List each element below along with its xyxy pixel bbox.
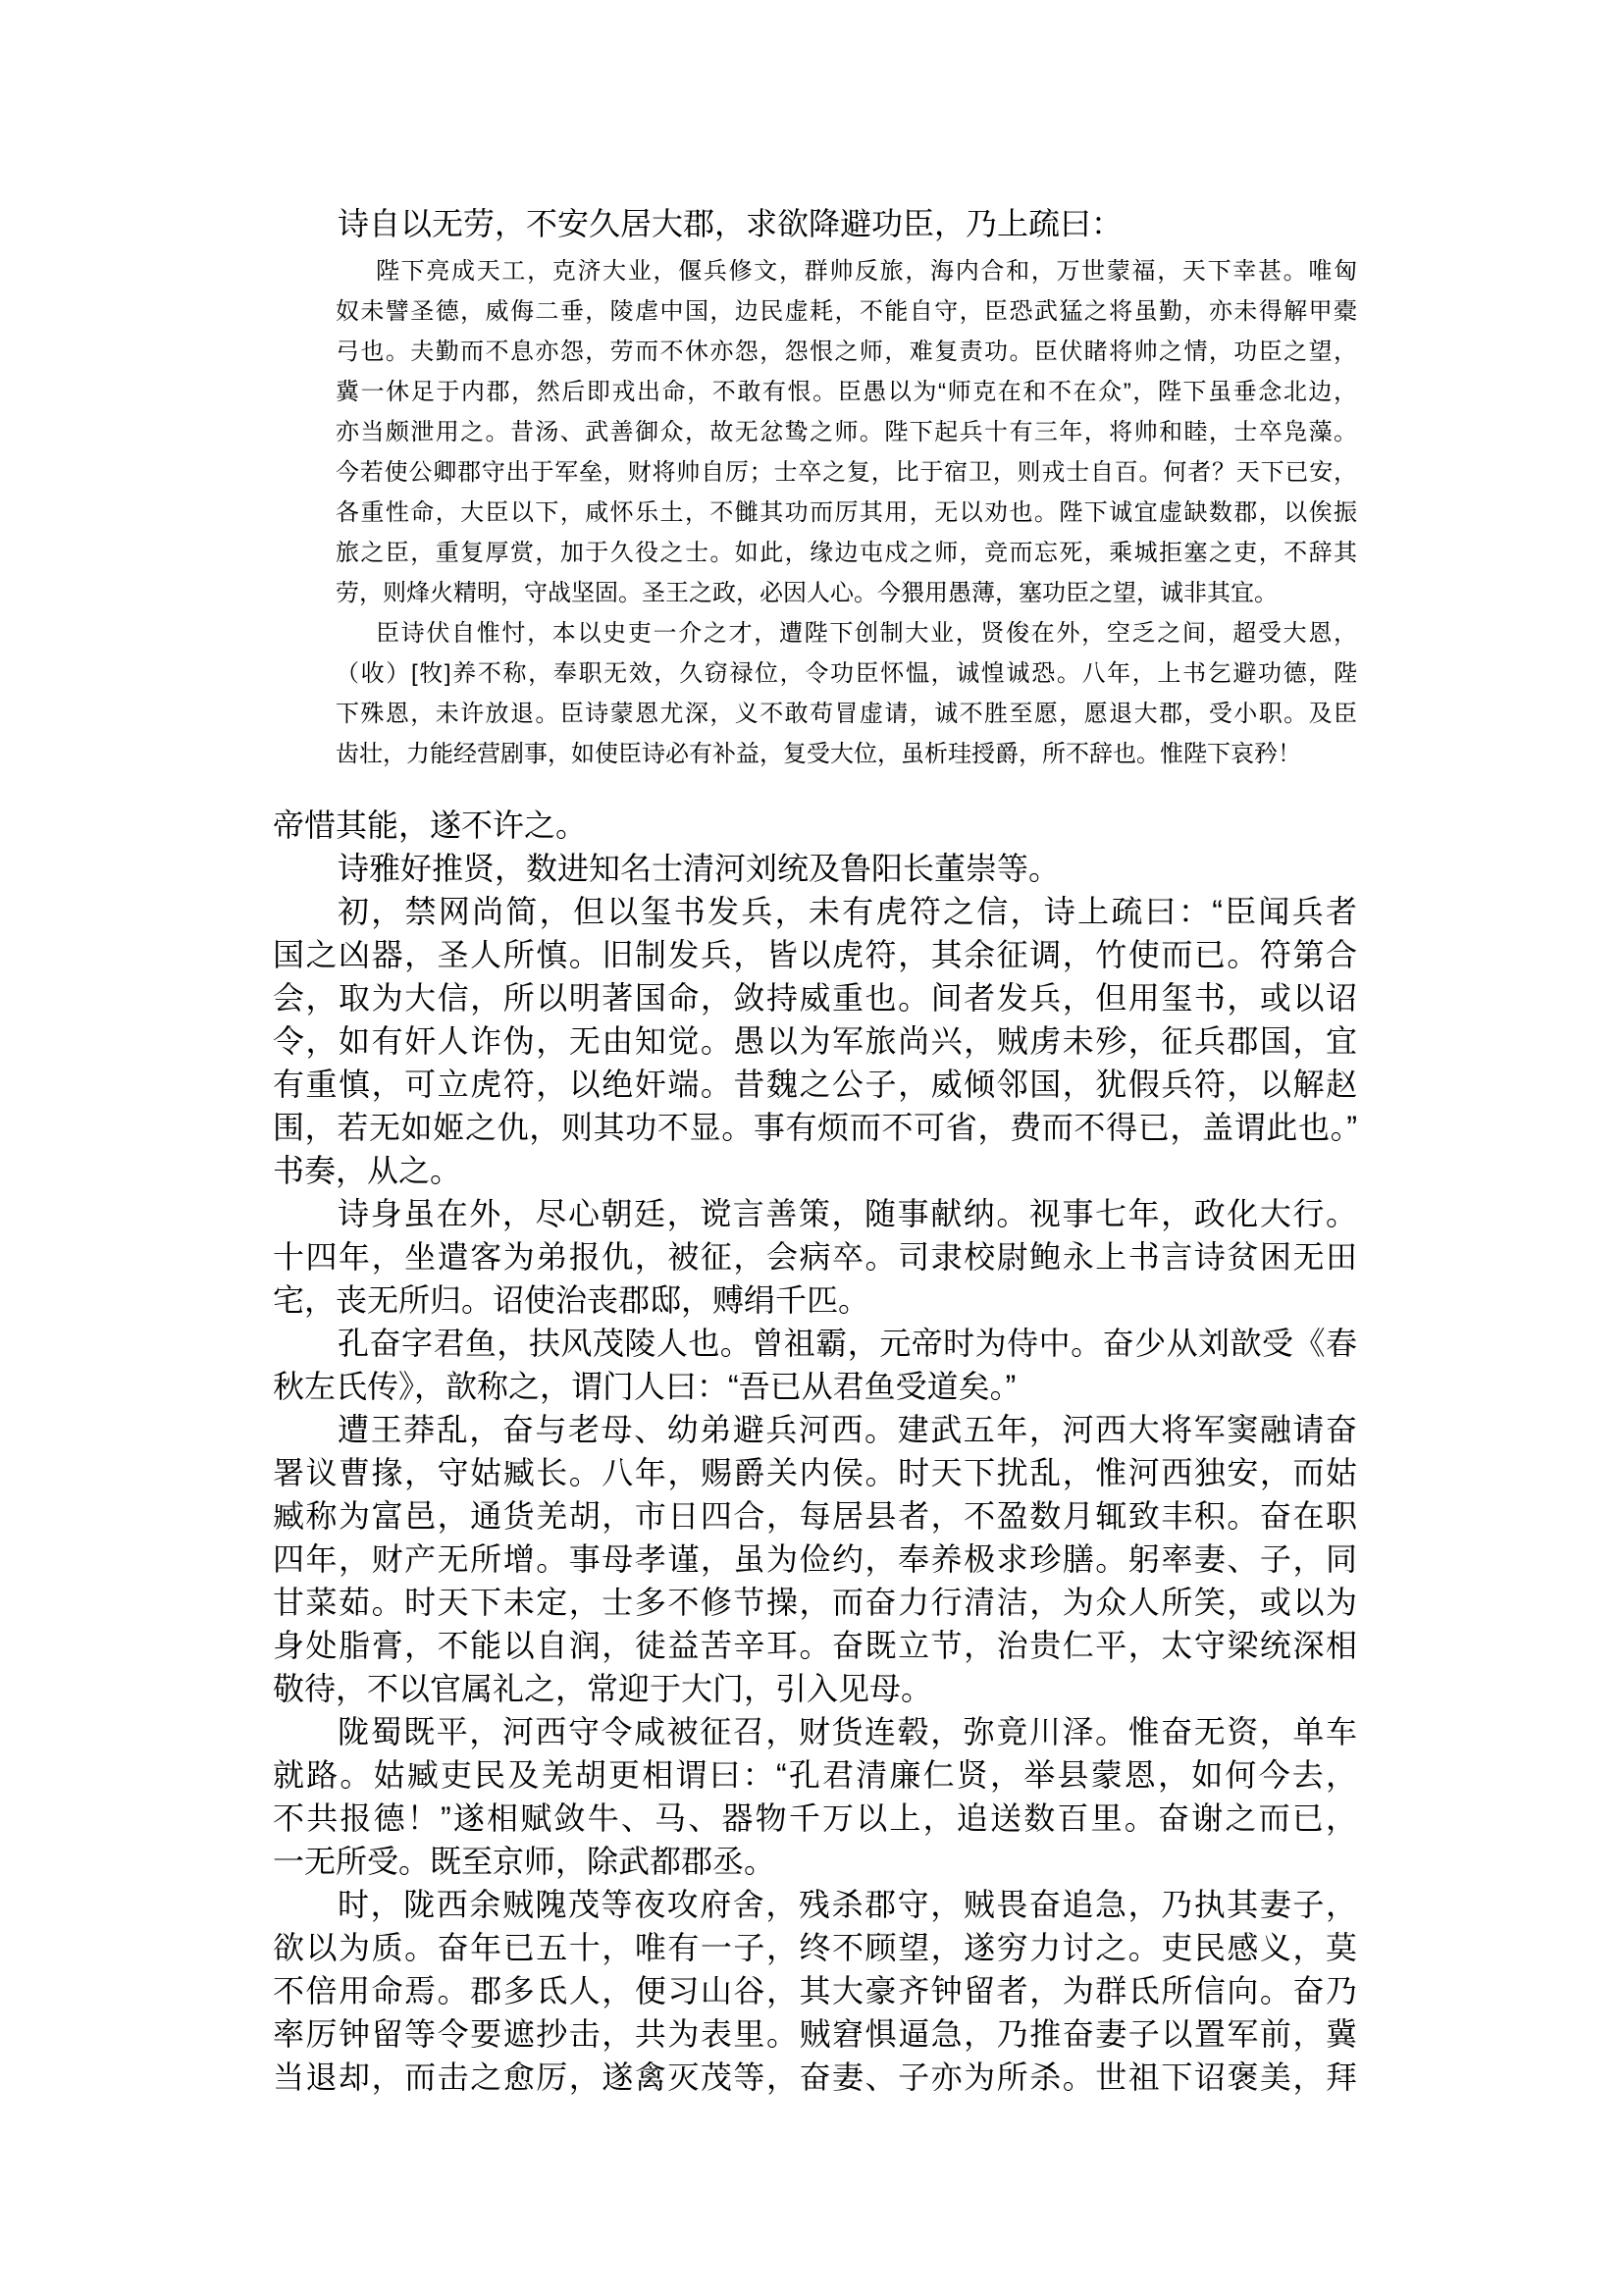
text-line: 就路。姑臧吏民及羌胡更相谓曰：“孔君清廉仁贤，举县蒙恩，如何今去， (273, 1753, 1357, 1797)
quote-line: 陛下亮成天工，克济大业，偃兵修文，群帅反旅，海内合和，万世蒙福，天下幸甚。唯匈 (336, 251, 1357, 291)
quote-line: （收）[牧]养不称，奉职无效，久窃禄位，令功臣怀愠，诚惶诚恐。八年，上书乞避功德… (336, 653, 1357, 694)
text-line: 诗雅好推贤，数进知名士清河刘统及鲁阳长董崇等。 (273, 847, 1357, 890)
text-line: 时，陇西余贼隗茂等夜攻府舍，残杀郡守，贼畏奋追急，乃执其妻子， (273, 1883, 1357, 1926)
memorial-quote-block: 陛下亮成天工，克济大业，偃兵修文，群帅反旅，海内合和，万世蒙福，天下幸甚。唯匈 … (336, 251, 1357, 774)
text-line: 国之凶器，圣人所慎。旧制发兵，皆以虎符，其余征调，竹使而已。符第合 (273, 933, 1357, 976)
quote-line: 奴未譬圣德，威侮二垂，陵虐中国，边民虚耗，不能自守，臣恐武猛之将虽勤，亦未得解甲… (336, 291, 1357, 332)
quote-line: 下殊恩，未许放退。臣诗蒙恩尤深，义不敢苟冒虚请，诚不胜至愿，愿退大郡，受小职。及… (336, 694, 1357, 734)
text-line: 书奏，从之。 (273, 1149, 1357, 1192)
quote-line: 各重性命，大臣以下，咸怀乐土，不雠其功而厉其用，无以劝也。陛下诚宜虚缺数郡，以俟… (336, 493, 1357, 533)
text-line: 率厉钟留等令要遮抄击，共为表里。贼窘惧逼急，乃推奋妻子以置军前，冀 (273, 2012, 1357, 2056)
text-line: 诗自以无劳，不安久居大郡，求欲降避功臣，乃上疏曰： (273, 202, 1357, 245)
text-line: 署议曹掾，守姑臧长。八年，赐爵关内侯。时天下扰乱，惟河西独安，而姑 (273, 1451, 1357, 1494)
text-line: 有重慎，可立虎符，以绝奸端。昔魏之公子，威倾邻国，犹假兵符，以解赵 (273, 1063, 1357, 1106)
text-line: 身处脂膏，不能以自润，徒益苦辛耳。奋既立节，治贵仁平，太守梁统深相 (273, 1624, 1357, 1667)
quote-line: 臣诗伏自惟忖，本以史吏一介之才，遭陛下创制大业，贤俊在外，空乏之间，超受大恩， (336, 613, 1357, 653)
quote-line: 亦当颇泄用之。昔汤、武善御众，故无忿鸷之师。陛下起兵十有三年，将帅和睦，士卒凫藻… (336, 412, 1357, 452)
text-line: 陇蜀既平，河西守令咸被征召，财货连毂，弥竟川泽。惟奋无资，单车 (273, 1710, 1357, 1753)
text-line: 遭王莽乱，奋与老母、幼弟避兵河西。建武五年，河西大将军窦融请奋 (273, 1408, 1357, 1451)
text-line: 令，如有奸人诈伪，无由知觉。愚以为军旅尚兴，贼虏未殄，征兵郡国，宜 (273, 1019, 1357, 1063)
text-line: 甘菜茹。时天下未定，士多不修节操，而奋力行清洁，为众人所笑，或以为 (273, 1581, 1357, 1624)
text-line: 孔奋字君鱼，扶风茂陵人也。曾祖霸，元帝时为侍中。奋少从刘歆受《春 (273, 1322, 1357, 1365)
text-line: 敬待，不以官属礼之，常迎于大门，引入见母。 (273, 1667, 1357, 1710)
quote-line: 弓也。夫勤而不息亦怨，劳而不休亦怨，怨恨之师，难复责功。臣伏睹将帅之情，功臣之望… (336, 332, 1357, 372)
quote-line: 冀一休足于内郡，然后即戎出命，不敢有恨。臣愚以为“师克在和不在众”，陛下虽垂念北… (336, 372, 1357, 412)
text-line: 围，若无如姬之仇，则其功不显。事有烦而不可省，费而不得已，盖谓此也。” (273, 1106, 1357, 1149)
text-line: 臧称为富邑，通货羌胡，市日四合，每居县者，不盈数月辄致丰积。奋在职 (273, 1494, 1357, 1538)
text-line: 秋左氏传》，歆称之，谓门人曰：“吾已从君鱼受道矣。” (273, 1365, 1357, 1408)
text-line: 不倍用命焉。郡多氐人，便习山谷，其大豪齐钟留者，为群氐所信向。奋乃 (273, 1969, 1357, 2012)
text-column: 诗自以无劳，不安久居大郡，求欲降避功臣，乃上疏曰： 陛下亮成天工，克济大业，偃兵… (273, 202, 1357, 2099)
text-line: 当退却，而击之愈厉，遂禽灭茂等，奋妻、子亦为所杀。世祖下诏褒美，拜 (273, 2056, 1357, 2099)
text-line: 宅，丧无所归。诏使治丧郡邸，赙绢千匹。 (273, 1278, 1357, 1322)
text-line: 不共报德！”遂相赋敛牛、马、器物千万以上，追送数百里。奋谢之而已， (273, 1797, 1357, 1840)
quote-line: 旅之臣，重复厚赏，加于久役之士。如此，缘边屯戍之师，竞而忘死，乘城拒塞之吏，不辞… (336, 533, 1357, 573)
quote-line: 劳，则烽火精明，守战坚固。圣王之政，必因人心。今猥用愚薄，塞功臣之望，诚非其宜。 (336, 573, 1357, 613)
text-line: 欲以为质。奋年已五十，唯有一子，终不顾望，遂穷力讨之。吏民感义，莫 (273, 1926, 1357, 1969)
text-line: 会，取为大信，所以明著国命，敛持威重也。间者发兵，但用玺书，或以诏 (273, 976, 1357, 1019)
text-line: 诗身虽在外，尽心朝廷，谠言善策，随事献纳。视事七年，政化大行。 (273, 1192, 1357, 1235)
quote-line: 今若使公卿郡守出于军垒，财将帅自厉；士卒之复，比于宿卫，则戎士自百。何者？天下已… (336, 452, 1357, 493)
text-line: 四年，财产无所增。事母孝谨，虽为俭约，奉养极求珍膳。躬率妻、子，同 (273, 1538, 1357, 1581)
text-line: 十四年，坐遣客为弟报仇，被征，会病卒。司隶校尉鲍永上书言诗贫困无田 (273, 1235, 1357, 1278)
text-line: 帝惜其能，遂不许之。 (273, 804, 1357, 847)
text-line: 初，禁网尚简，但以玺书发兵，未有虎符之信，诗上疏曰：“臣闻兵者 (273, 890, 1357, 933)
quote-line: 齿壮，力能经营剧事，如使臣诗必有补益，复受大位，虽析珪授爵，所不辞也。惟陛下哀矜… (336, 734, 1357, 774)
document-page: 诗自以无劳，不安久居大郡，求欲降避功臣，乃上疏曰： 陛下亮成天工，克济大业，偃兵… (0, 0, 1624, 2294)
text-line: 一无所受。既至京师，除武都郡丞。 (273, 1840, 1357, 1883)
